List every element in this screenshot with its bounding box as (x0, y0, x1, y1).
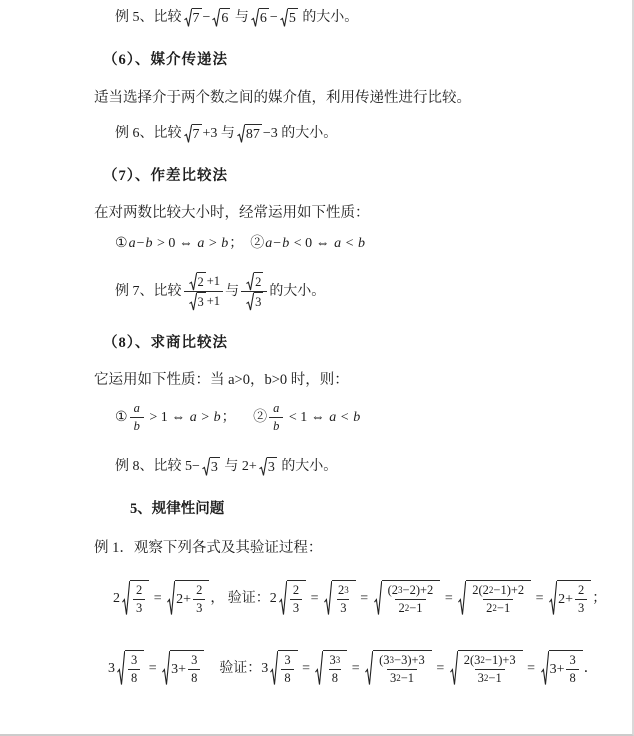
method-8-paragraph: 它运用如下性质：当 a>0，b>0 时，则： (94, 371, 349, 389)
method-6-heading: （6）、媒介传递法 (103, 51, 228, 69)
example-1-line: 例 1．观察下列各式及其验证过程： (94, 539, 322, 557)
method-8-heading: （8）、求商比较法 (103, 334, 228, 352)
method-7-paragraph: 在对两数比较大小时，经常运用如下性质： (94, 204, 370, 222)
method-7-properties: ①a−b > 0 ⇔ a > b； ②a−b < 0 ⇔ a < b (115, 235, 366, 253)
example-7-line: 例 7、比较2+13+1与23的大小。 (115, 272, 325, 311)
section-5-heading: 5、规律性问题 (130, 500, 224, 518)
method-6-paragraph: 适当选择介于两个数之间的媒介值，利用传递性进行比较。 (94, 89, 471, 107)
example-8-line: 例 8、比较 5−3 与 2+3 的大小。 (115, 457, 337, 477)
verification-row-2: 338 = 3+38 验证：338 = 338 = (33−3)+332−1 =… (108, 650, 598, 687)
verification-row-1: 223 = 2+23， 验证：223 = 233 = (23−2)+222−1 … (113, 580, 606, 617)
example-5-line: 例 5、比较7−6 与6−5 的大小。 (115, 8, 358, 28)
method-7-heading: （7）、作差比较法 (103, 167, 228, 185)
example-6-line: 例 6、比较7+3 与87−3 的大小。 (115, 124, 337, 144)
method-8-properties: ①ab > 1 ⇔ a > b； ②ab < 1 ⇔ a < b (115, 400, 361, 435)
document-page: 例 5、比较7−6 与6−5 的大小。 （6）、媒介传递法 适当选择介于两个数之… (0, 0, 634, 736)
